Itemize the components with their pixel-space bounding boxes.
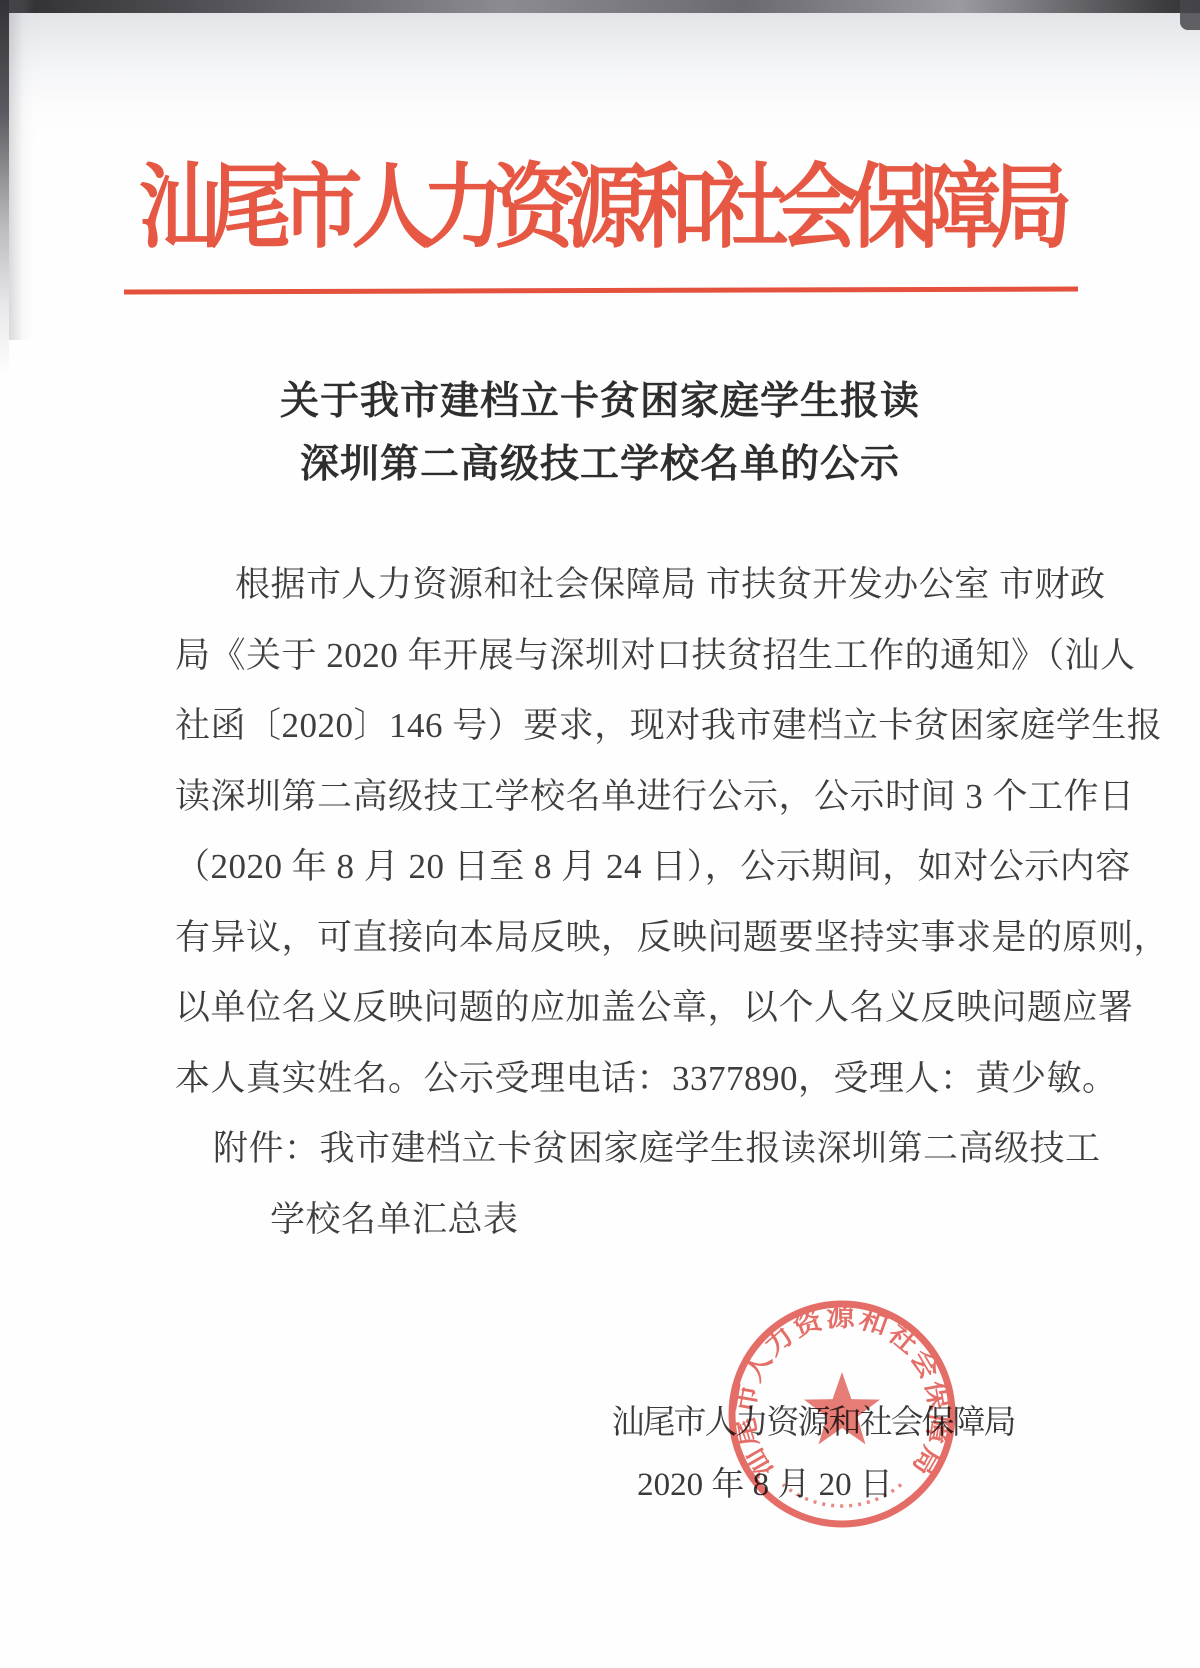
scan-edge-top <box>0 0 1200 13</box>
body-line: （2020 年 8 月 20 日至 8 月 24 日），公示期间，如对公示内容 <box>175 832 1027 903</box>
attachment-line: 学校名单汇总表 <box>175 1185 1027 1256</box>
body-line: 局《关于 2020 年开展与深圳对口扶贫招生工作的通知》（汕人 <box>175 621 1027 692</box>
attachment-line: 附件：我市建档立卡贫困家庭学生报读深圳第二高级技工 <box>175 1114 1027 1185</box>
document-title-line2: 深圳第二高级技工学校名单的公示 <box>0 433 1200 496</box>
body-line: 根据市人力资源和社会保障局 市扶贫开发办公室 市财政 <box>175 550 1027 621</box>
document-body: 根据市人力资源和社会保障局 市扶贫开发办公室 市财政 局《关于 2020 年开展… <box>175 550 1027 1255</box>
letterhead-org-name: 汕尾市人力资源和社会保障局 <box>0 135 1200 266</box>
scan-shadow-top <box>0 13 1200 143</box>
body-line: 有异议，可直接向本局反映，反映问题要坚持实事求是的原则， <box>175 903 1027 974</box>
document-title: 关于我市建档立卡贫困家庭学生报读 深圳第二高级技工学校名单的公示 <box>0 370 1200 496</box>
seal-serial-dots <box>783 1485 901 1506</box>
official-seal: 汕尾市人力资源和社会保障局 <box>724 1296 960 1532</box>
body-line: 读深圳第二高级技工学校名单进行公示，公示时间 3 个工作日 <box>175 762 1027 833</box>
body-line: 本人真实姓名。公示受理电话：3377890，受理人：黄少敏。 <box>175 1044 1027 1115</box>
seal-star-icon <box>804 1372 880 1444</box>
document-page: 汕尾市人力资源和社会保障局 关于我市建档立卡贫困家庭学生报读 深圳第二高级技工学… <box>0 0 1200 1668</box>
scan-edge-top-right <box>1180 0 1200 30</box>
document-title-line1: 关于我市建档立卡贫困家庭学生报读 <box>0 370 1200 433</box>
letterhead-divider-line <box>124 287 1078 295</box>
body-line: 社函〔2020〕146 号）要求，现对我市建档立卡贫困家庭学生报 <box>175 691 1027 762</box>
body-line: 以单位名义反映问题的应加盖公章，以个人名义反映问题应署 <box>175 973 1027 1044</box>
